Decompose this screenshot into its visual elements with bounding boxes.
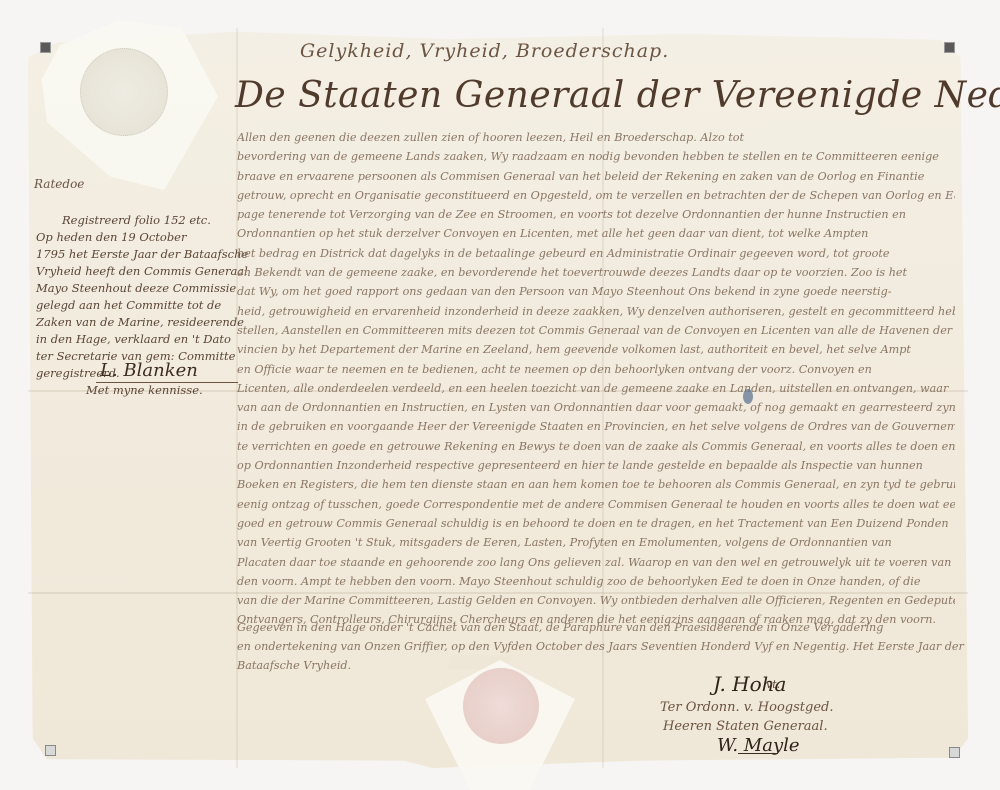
pin-icon [944,42,955,53]
body-line: den voorn. Ampt te hebben den voorn. May… [237,572,955,591]
body-line: goed en getrouw Commis Generaal schuldig… [237,514,955,533]
pin-icon [949,747,960,758]
signature-flourish [738,753,778,754]
body-line: het bedrag en Districk dat dagelyks in d… [237,244,955,263]
body-line: Licenten, alle onderdeelen verdeeld, en … [237,379,955,398]
closing-line: Bataafsche Vryheid. [237,656,937,675]
body-line: Allen den geenen die deezen zullen zien … [237,128,955,147]
note-line: Vryheid heeft den Commis Generaal [36,263,236,280]
body-line: getrouw, oprecht en Organisatie geconsti… [237,186,955,205]
note-line: in den Hage, verklaard en 't Dato [36,331,236,348]
body-line: page tenerende tot Verzorging van de Zee… [237,205,955,224]
body-line: en Officie waar te neemen en te bedienen… [237,360,955,379]
order-line-2: Heeren Staten Generaal. [663,719,828,734]
note-line: Zaken van de Marine, resideerende [36,314,236,331]
acknowledgement: Met myne kennisse. [36,382,236,399]
signature-rule [96,382,238,383]
header-motto: Gelykheid, Vryheid, Broederschap. [300,40,669,62]
body-line: Ordonnantien op het stuk derzelver Convo… [237,224,955,243]
closing-line: Gegeeven in den Hage onder 't Cachet van… [237,618,937,637]
note-line: Op heden den 19 October [36,229,236,246]
body-line: en Bekendt van de gemeene zaake, en bevo… [237,263,955,282]
note-line: gelegd aan het Committe tot de [36,297,236,314]
body-line: Placaten daar toe staande en gehoorende … [237,553,955,572]
body-line: te verrichten en goede en getrouwe Reken… [237,437,955,456]
margin-signature: L. Blanken [100,360,198,381]
margin-label: Ratedoe [34,177,84,191]
president-signature-suffix: vt. [766,678,780,691]
wax-seal-icon [463,668,539,744]
body-line: in de gebruiken en voorgaande Heer der V… [237,417,955,436]
body-line: braave en ervaarene persoonen als Commis… [237,167,955,186]
note-line: Mayo Steenhout deeze Commissie [36,280,236,297]
body-line: dat Wy, om het goed rapport ons gedaan v… [237,282,955,301]
document-title: De Staaten Generaal der Vereenigde Neder… [235,75,1000,116]
ink-blot [743,389,753,404]
order-line-1: Ter Ordonn. v. Hoogstged. [660,700,833,715]
body-line: eenig ontzag of tusschen, goede Correspo… [237,495,955,514]
document-body: Allen den geenen die deezen zullen zien … [237,128,955,630]
seal-emblem-icon [80,48,168,136]
note-line: Registreerd folio 152 etc. [36,212,236,229]
closing-clause: Gegeeven in den Hage onder 't Cachet van… [237,618,937,675]
pin-icon [40,42,51,53]
body-line: van Veertig Grooten 't Stuk, mitsgaders … [237,533,955,552]
body-line: stellen, Aanstellen en Committeeren mits… [237,321,955,340]
body-line: op Ordonnantien Inzonderheid respective … [237,456,955,475]
body-line: van aan de Ordonnantien en Instructien, … [237,398,955,417]
body-line: vincien by het Departement der Marine en… [237,340,955,359]
pin-icon [45,745,56,756]
body-line: bevordering van de gemeene Lands zaaken,… [237,147,955,166]
note-line: 1795 het Eerste Jaar der Bataafsche [36,246,236,263]
closing-line: en ondertekening van Onzen Griffier, op … [237,637,937,656]
body-line: van die der Marine Committeeren, Lastig … [237,591,955,610]
body-line: Boeken en Registers, die hem ten dienste… [237,475,955,494]
body-line: heid, getrouwigheid en ervarenheid inzon… [237,302,955,321]
